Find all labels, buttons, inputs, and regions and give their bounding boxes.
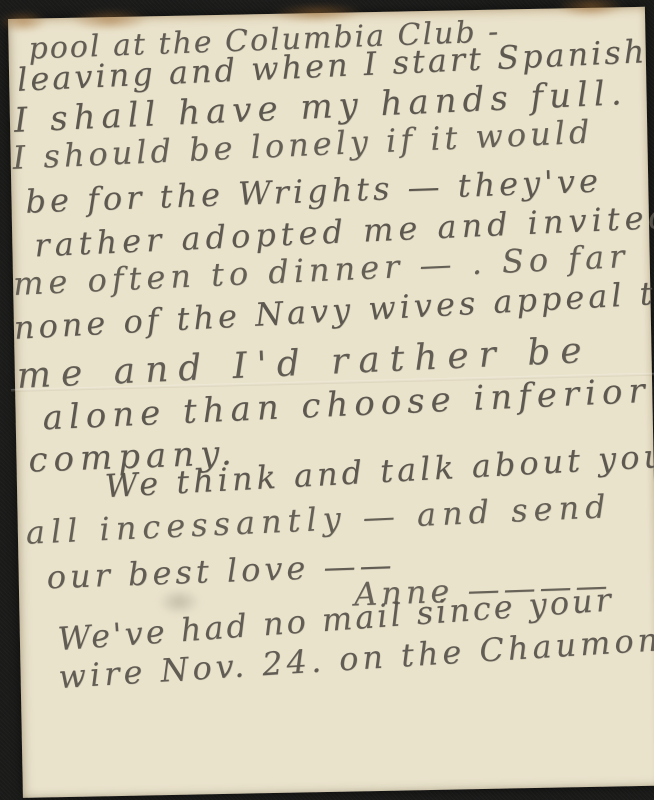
handwriting-layer: pool at the Columbia Club -leaving and w… (8, 7, 654, 798)
handwritten-line: our best love —— (46, 548, 396, 596)
photo-background: pool at the Columbia Club -leaving and w… (0, 0, 654, 800)
letter-page: pool at the Columbia Club -leaving and w… (8, 7, 654, 798)
